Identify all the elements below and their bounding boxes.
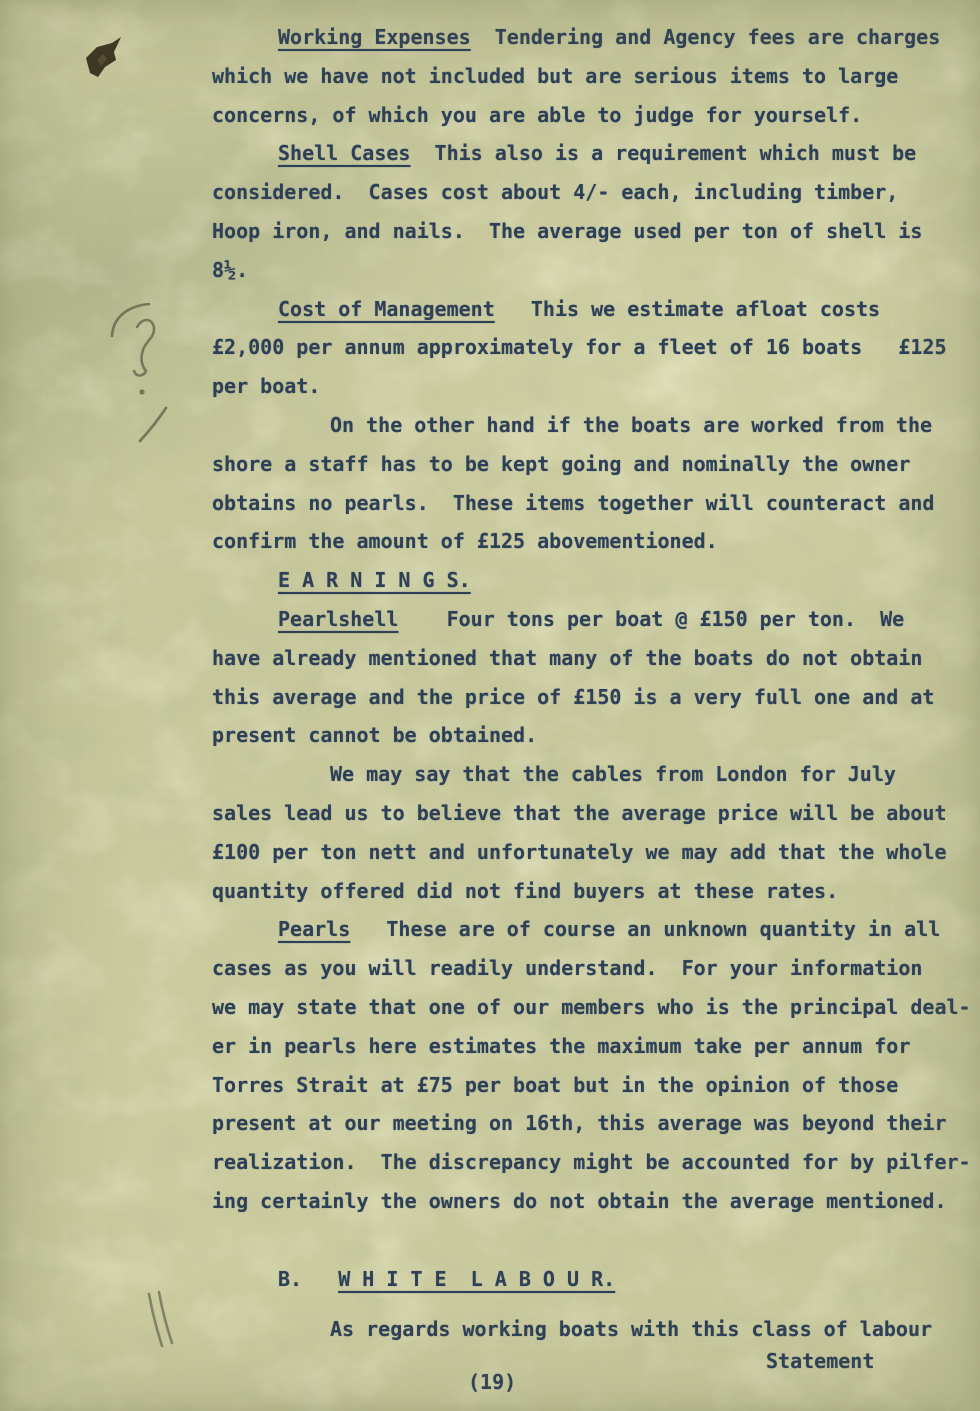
text-segment: sales lead us to believe that the averag… (212, 801, 947, 825)
document-line: On the other hand if the boats are worke… (212, 406, 980, 445)
document-line: which we have not included but are serio… (212, 57, 980, 96)
text-segment: ing certainly the owners do not obtain t… (212, 1189, 947, 1213)
typewritten-text: Working Expenses Tendering and Agency fe… (212, 18, 980, 1349)
document-line: We may say that the cables from London f… (212, 755, 980, 794)
page-number: (19) (468, 1370, 516, 1394)
text-segment: £100 per ton nett and unfortunately we m… (212, 840, 947, 864)
text-segment: which we have not included but are serio… (212, 64, 898, 88)
text-segment: This we estimate afloat costs (495, 297, 880, 321)
underlined-heading: Pearlshell (278, 607, 398, 631)
text-segment: er in pearls here estimates the maximum … (212, 1034, 910, 1058)
document-line: As regards working boats with this class… (212, 1310, 980, 1349)
underlined-heading: E A R N I N G S. (278, 568, 471, 592)
document-line: Torres Strait at £75 per boat but in the… (212, 1066, 980, 1105)
document-line: quantity offered did not find buyers at … (212, 872, 980, 911)
text-segment: cases as you will readily understand. Fo… (212, 956, 922, 980)
document-line: present at our meeting on 16th, this ave… (212, 1104, 980, 1143)
text-segment: present cannot be obtained. (212, 723, 537, 747)
ink-blot-icon (86, 37, 121, 77)
text-segment: This also is a requirement which must be (410, 141, 916, 165)
pencil-double-tick-icon (149, 1292, 172, 1346)
document-line: Working Expenses Tendering and Agency fe… (212, 18, 980, 57)
document-line: considered. Cases cost about 4/- each, i… (212, 173, 980, 212)
text-segment: As regards working boats with this class… (330, 1317, 932, 1341)
document-line: present cannot be obtained. (212, 716, 980, 755)
document-line: B. W H I T E L A B O U R. (212, 1260, 980, 1299)
document-line: Shell Cases This also is a requirement w… (212, 134, 980, 173)
underlined-heading: Cost of Management (278, 297, 495, 321)
text-segment: obtains no pearls. These items together … (212, 491, 934, 515)
document-line: £100 per ton nett and unfortunately we m… (212, 833, 980, 872)
document-line: per boat. (212, 367, 980, 406)
document-line: concerns, of which you are able to judge… (212, 96, 980, 135)
text-segment: Tendering and Agency fees are charges (471, 25, 941, 49)
document-line: we may state that one of our members who… (212, 988, 980, 1027)
document-line: ing certainly the owners do not obtain t… (212, 1182, 980, 1221)
document-line: Pearlshell Four tons per boat @ £150 per… (212, 600, 980, 639)
document-line: realization. The discrepancy might be ac… (212, 1143, 980, 1182)
document-line: cases as you will readily understand. Fo… (212, 949, 980, 988)
text-segment: realization. The discrepancy might be ac… (212, 1150, 971, 1174)
document-line: E A R N I N G S. (212, 561, 980, 600)
text-segment: Four tons per boat @ £150 per ton. We (398, 607, 904, 631)
text-segment: Hoop iron, and nails. The average used p… (212, 219, 922, 243)
text-segment (302, 1267, 338, 1291)
text-segment: Torres Strait at £75 per boat but in the… (212, 1073, 898, 1097)
text-segment: £2,000 per annum approximately for a fle… (212, 335, 947, 359)
text-segment: confirm the amount of £125 abovementione… (212, 529, 718, 553)
pencil-slash-icon (140, 408, 166, 441)
text-segment: we may state that one of our members who… (212, 995, 971, 1019)
document-line: confirm the amount of £125 abovementione… (212, 522, 980, 561)
text-segment: this average and the price of £150 is a … (212, 685, 934, 709)
document-line: Pearls These are of course an unknown qu… (212, 910, 980, 949)
document-line: Hoop iron, and nails. The average used p… (212, 212, 980, 251)
document-line: 8½. (212, 251, 980, 290)
underlined-heading: Working Expenses (278, 25, 471, 49)
text-segment: 8½. (212, 258, 248, 282)
document-line: have already mentioned that many of the … (212, 639, 980, 678)
text-segment: have already mentioned that many of the … (212, 646, 922, 670)
text-segment: per boat. (212, 374, 320, 398)
document-page: Working Expenses Tendering and Agency fe… (0, 0, 980, 1411)
document-line: obtains no pearls. These items together … (212, 484, 980, 523)
document-line: this average and the price of £150 is a … (212, 678, 980, 717)
text-segment: On the other hand if the boats are worke… (330, 413, 932, 437)
catchword: Statement (766, 1349, 874, 1373)
underlined-heading: Pearls (278, 917, 350, 941)
document-line: er in pearls here estimates the maximum … (212, 1027, 980, 1066)
blank-line (212, 1221, 980, 1260)
underlined-heading: Shell Cases (278, 141, 410, 165)
text-segment: B. (278, 1267, 302, 1291)
text-segment: concerns, of which you are able to judge… (212, 103, 862, 127)
document-line: shore a staff has to be kept going and n… (212, 445, 980, 484)
document-line: Cost of Management This we estimate aflo… (212, 290, 980, 329)
text-segment: considered. Cases cost about 4/- each, i… (212, 180, 898, 204)
text-segment: We may say that the cables from London f… (330, 762, 896, 786)
document-line: £2,000 per annum approximately for a fle… (212, 328, 980, 367)
pencil-question-mark-icon (112, 304, 154, 395)
text-segment: These are of course an unknown quantity … (350, 917, 940, 941)
text-segment: quantity offered did not find buyers at … (212, 879, 838, 903)
text-segment: shore a staff has to be kept going and n… (212, 452, 910, 476)
text-segment: present at our meeting on 16th, this ave… (212, 1111, 947, 1135)
underlined-heading: W H I T E L A B O U R. (338, 1267, 615, 1291)
document-line: sales lead us to believe that the averag… (212, 794, 980, 833)
